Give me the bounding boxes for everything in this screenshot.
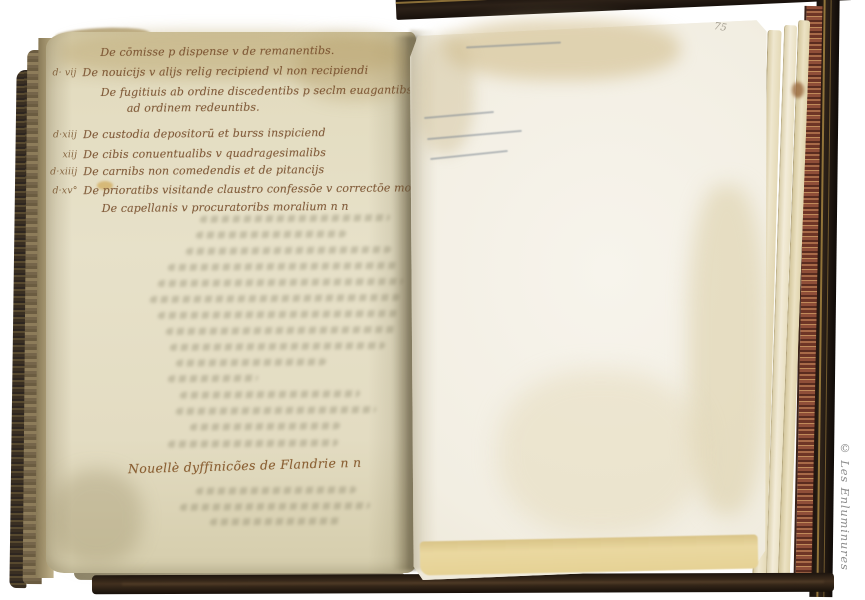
manuscript-line: d·xiiijDe carnibs non comedendis et de p… xyxy=(30,161,402,179)
underlying-vellum-band xyxy=(420,534,759,575)
book-cover-top-edge xyxy=(395,0,852,20)
bleedthrough-line xyxy=(165,326,396,335)
manuscript-line-text: De custodia depositorū et burss inspicie… xyxy=(83,125,326,142)
chapter-number: xiij xyxy=(30,147,83,162)
chapter-number: d·xv° xyxy=(30,183,83,198)
manuscript-line-text: De cōmisse p dispense v de remanentibs. xyxy=(82,43,334,60)
bleedthrough-line xyxy=(157,310,398,319)
chapter-number xyxy=(31,201,84,216)
folio-number: 75 xyxy=(713,21,727,34)
manuscript-line-text: De fugitiuis ab ordine discedentibs p se… xyxy=(83,82,413,100)
photo-background: De cōmisse p dispense v de remanentibs.d… xyxy=(0,0,865,600)
bleedthrough-line xyxy=(185,246,391,255)
bleedthrough-line xyxy=(167,439,338,447)
bleedthrough-line xyxy=(149,294,400,303)
bleedthrough-line xyxy=(157,278,403,287)
bleedthrough-line xyxy=(179,502,370,511)
manuscript-line-text: De capellanis v procuratoribs moralium n… xyxy=(84,199,349,216)
manuscript-text-block: De cōmisse p dispense v de remanentibs.d… xyxy=(29,38,403,221)
stain xyxy=(498,370,703,535)
bleedthrough-line xyxy=(189,422,340,430)
manuscript-line-text: De nouicijs v alijs relig recipiend vl n… xyxy=(82,63,368,80)
manuscript-line: d·xv°De prioratibs visitande claustro co… xyxy=(30,180,402,198)
manuscript-line: d·xiijDe custodia depositorū et burss in… xyxy=(30,124,402,142)
chapter-number: d·xiij xyxy=(30,127,83,142)
bleedthrough-line xyxy=(175,358,326,366)
bleedthrough-line xyxy=(167,262,398,271)
chapter-number xyxy=(30,85,83,100)
bleedthrough-line xyxy=(167,375,258,383)
manuscript-line: De cōmisse p dispense v de remanentibs. xyxy=(29,42,401,60)
bleedthrough-line xyxy=(209,517,340,525)
manuscript-line-text: De prioratibs visitande claustro confess… xyxy=(83,180,437,198)
page-edge-stain xyxy=(792,82,804,98)
manuscript-line: d· vijDe nouicijs v alijs relig recipien… xyxy=(29,62,401,80)
bleedthrough-line xyxy=(179,390,360,399)
copyright-credit: © Les Enluminures xyxy=(838,441,852,600)
chapter-number xyxy=(30,101,83,116)
chapter-number xyxy=(29,45,82,60)
manuscript-line-text: ad ordinem redeuntibs. xyxy=(83,100,260,117)
bleedthrough-line xyxy=(175,406,376,415)
manuscript-line: xiijDe cibis conuentualibs v quadragesim… xyxy=(30,144,402,162)
chapter-number: d·xiiij xyxy=(30,164,83,179)
bleedthrough-line xyxy=(195,486,356,494)
manuscript-line: De capellanis v procuratoribs moralium n… xyxy=(31,198,403,216)
manuscript-line-text: De carnibs non comedendis et de pitancij… xyxy=(83,162,324,179)
stain xyxy=(445,18,680,80)
chapter-number: d· vij xyxy=(29,65,82,80)
bleedthrough-line xyxy=(195,230,346,238)
manuscript-line: ad ordinem redeuntibs. xyxy=(30,98,402,116)
manuscript-line-text: De cibis conuentualibs v quadragesimalib… xyxy=(83,145,326,162)
bleedthrough-line xyxy=(169,342,385,351)
